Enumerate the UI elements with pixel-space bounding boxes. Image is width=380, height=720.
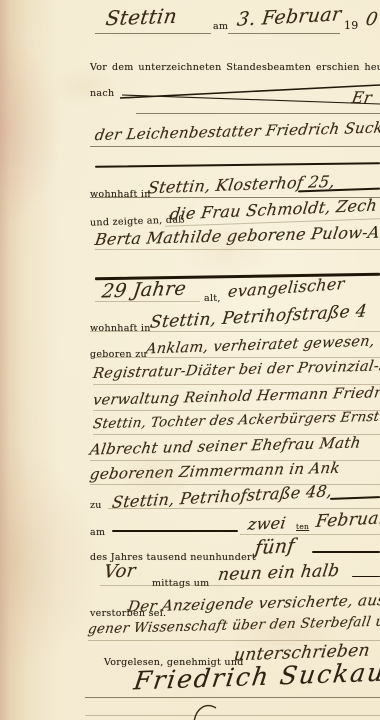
husband-line2-handwritten: verwaltung Reinhold Hermann Friedrich Sc… xyxy=(93,383,380,408)
ruled-line xyxy=(85,697,380,698)
header-year-handwritten: 0 xyxy=(366,9,378,30)
ruled-line-heavy xyxy=(95,162,380,167)
residence1-printed-label: wohnhaft in xyxy=(90,189,151,200)
death-date-ten-label: ten xyxy=(296,522,309,531)
residence2-printed-label: wohnhaft in xyxy=(90,323,151,334)
death-date-month-handwritten: Februar xyxy=(316,508,380,532)
ruled-line xyxy=(228,33,340,34)
ruled-line xyxy=(90,331,380,332)
closing-handwritten: Der Anzeigende versicherte, aus ei xyxy=(128,590,380,615)
ruled-line xyxy=(330,496,380,499)
ruled-line xyxy=(112,530,238,532)
ruled-line xyxy=(95,33,211,34)
intro-nach-label: nach xyxy=(90,88,114,99)
ruled-line xyxy=(93,384,380,385)
residence1-handwritten: Stettin, Klosterhof 25, xyxy=(148,172,336,198)
ruled-line xyxy=(90,146,380,147)
ruled-line xyxy=(95,249,380,250)
death-year-handwritten: fünf xyxy=(254,535,295,559)
death-time-printed: mittags um xyxy=(152,578,209,589)
parents-line2-handwritten: Albrecht und seiner Ehefrau Math xyxy=(90,433,361,458)
ruled-line xyxy=(95,301,200,302)
ruled-line xyxy=(90,357,380,358)
ruled-line xyxy=(90,484,380,485)
ruled-line xyxy=(108,508,380,509)
ruled-line xyxy=(312,551,380,553)
death-place-printed-label: zu xyxy=(90,500,102,511)
death-time-prefix-handwritten: Vor xyxy=(104,560,136,582)
death-date-am-label: am xyxy=(90,527,105,538)
age-handwritten: 29 Jahre xyxy=(102,278,187,303)
alt-label: alt, xyxy=(204,293,221,304)
header-year-printed: 19 xyxy=(344,19,359,32)
death-record-page: Stettin am 3. Februar 19 0 Vor dem unter… xyxy=(0,0,380,720)
death-date-day-handwritten: zwei xyxy=(248,513,287,533)
intro-printed-line: Vor dem unterzeichneten Standesbeamten e… xyxy=(90,62,380,73)
residence2-handwritten: Stettin, Petrihofstraße 4 xyxy=(150,301,368,332)
ruled-line xyxy=(85,715,380,716)
parents-line3-handwritten: geborenen Zimmermann in Ank xyxy=(90,459,340,484)
ruled-line xyxy=(136,113,380,114)
flourish-mark xyxy=(192,700,222,720)
ruled-line xyxy=(240,534,380,535)
ruled-line xyxy=(100,585,380,586)
death-time-handwritten: neun ein halb xyxy=(218,561,340,585)
birth-handwritten: Anklam, verheiratet gewesen, mit xyxy=(146,332,380,357)
birth-printed-label: geboren zu xyxy=(90,349,147,360)
intro-handwritten-fragment: Er xyxy=(352,88,372,107)
header-place-handwritten: Stettin xyxy=(106,4,178,30)
parents-line1-handwritten: Stettin, Tochter des Ackerbürgers Ernst … xyxy=(93,408,380,432)
header-date-handwritten: 3. Februar xyxy=(236,3,341,30)
header-am-label: am xyxy=(213,21,228,32)
declarant-handwritten: der Leichenbestatter Friedrich Suckau, xyxy=(95,118,380,144)
ruled-line xyxy=(352,576,380,577)
strikethrough-lines xyxy=(118,82,380,108)
husband-line1-handwritten: Registratur-Diäter bei der Provinzial-St xyxy=(93,358,380,382)
religion-handwritten: evangelischer xyxy=(227,274,345,301)
